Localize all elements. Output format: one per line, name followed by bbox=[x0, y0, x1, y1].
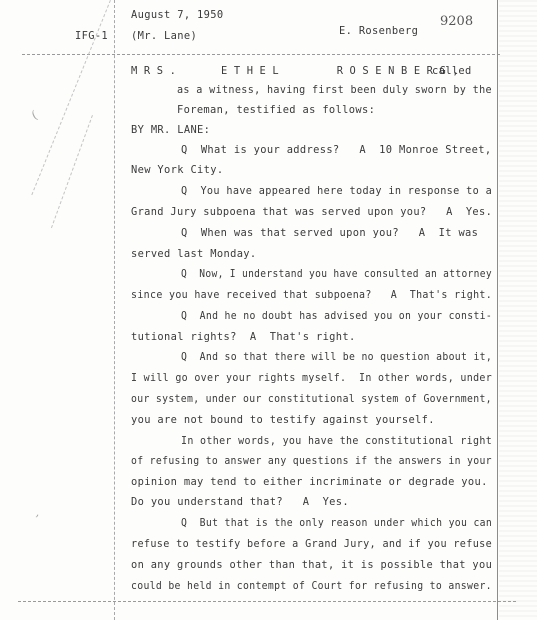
transcript-line: you are not bound to testify against you… bbox=[131, 414, 435, 426]
transcript-line: Q You have appeared here today in respon… bbox=[181, 185, 492, 197]
intro-line-3: Foreman, testified as follows: bbox=[177, 104, 375, 116]
exhibit-code: IFG-1 bbox=[75, 30, 108, 42]
transcript-line: opinion may tend to either incriminate o… bbox=[131, 476, 488, 488]
intro-line-2: as a witness, having first been duly swo… bbox=[177, 84, 492, 96]
footer-rule bbox=[18, 601, 516, 602]
called-text: called bbox=[432, 65, 472, 77]
transcript-line: on any grounds other than that, it is po… bbox=[131, 559, 492, 571]
examination-heading: BY MR. LANE: bbox=[131, 124, 210, 136]
transcript-line: tutional rights? A That's right. bbox=[131, 331, 356, 343]
transcript-line: Do you understand that? A Yes. bbox=[131, 496, 349, 508]
transcript-line: Q But that is the only reason under whic… bbox=[181, 517, 492, 529]
examiner: (Mr. Lane) bbox=[131, 30, 197, 42]
transcript-line: Q Now, I understand you have consulted a… bbox=[181, 268, 492, 280]
witness-short-name: E. Rosenberg bbox=[339, 25, 418, 37]
witness-name: MRS. ETHEL ROSENBERG, bbox=[131, 65, 465, 77]
transcript-line: our system, under our constitutional sys… bbox=[131, 393, 492, 405]
transcript-line: In other words, you have the constitutio… bbox=[181, 435, 492, 447]
transcript-line: Q What is your address? A 10 Monroe Stre… bbox=[181, 144, 491, 156]
paper-edge-texture bbox=[499, 0, 537, 620]
left-margin-rule bbox=[114, 0, 115, 620]
transcript-line: Grand Jury subpoena that was served upon… bbox=[131, 206, 492, 218]
transcript-line: Q And he no doubt has advised you on you… bbox=[181, 310, 492, 322]
transcript-line: refuse to testify before a Grand Jury, a… bbox=[131, 538, 492, 550]
transcript-line: could be held in contempt of Court for r… bbox=[131, 580, 492, 592]
margin-pencil-mark: ( bbox=[29, 108, 39, 123]
transcript-line: Q And so that there will be no question … bbox=[181, 351, 492, 363]
transcript-page: ( ‚ August 7, 1950 IFG-1 (Mr. Lane) E. R… bbox=[0, 0, 537, 620]
transcript-line: I will go over your rights myself. In ot… bbox=[131, 372, 492, 384]
transcript-line: since you have received that subpoena? A… bbox=[131, 289, 492, 301]
transcript-line: served last Monday. bbox=[131, 248, 257, 260]
transcript-line: New York City. bbox=[131, 164, 223, 176]
hearing-date: August 7, 1950 bbox=[131, 9, 223, 21]
transcript-line: of refusing to answer any questions if t… bbox=[131, 455, 492, 467]
right-margin-rule bbox=[497, 0, 498, 620]
transcript-line: Q When was that served upon you? A It wa… bbox=[181, 227, 478, 239]
header-rule bbox=[22, 54, 500, 55]
margin-pencil-mark: ‚ bbox=[35, 505, 41, 519]
page-number: 9208 bbox=[440, 16, 473, 28]
